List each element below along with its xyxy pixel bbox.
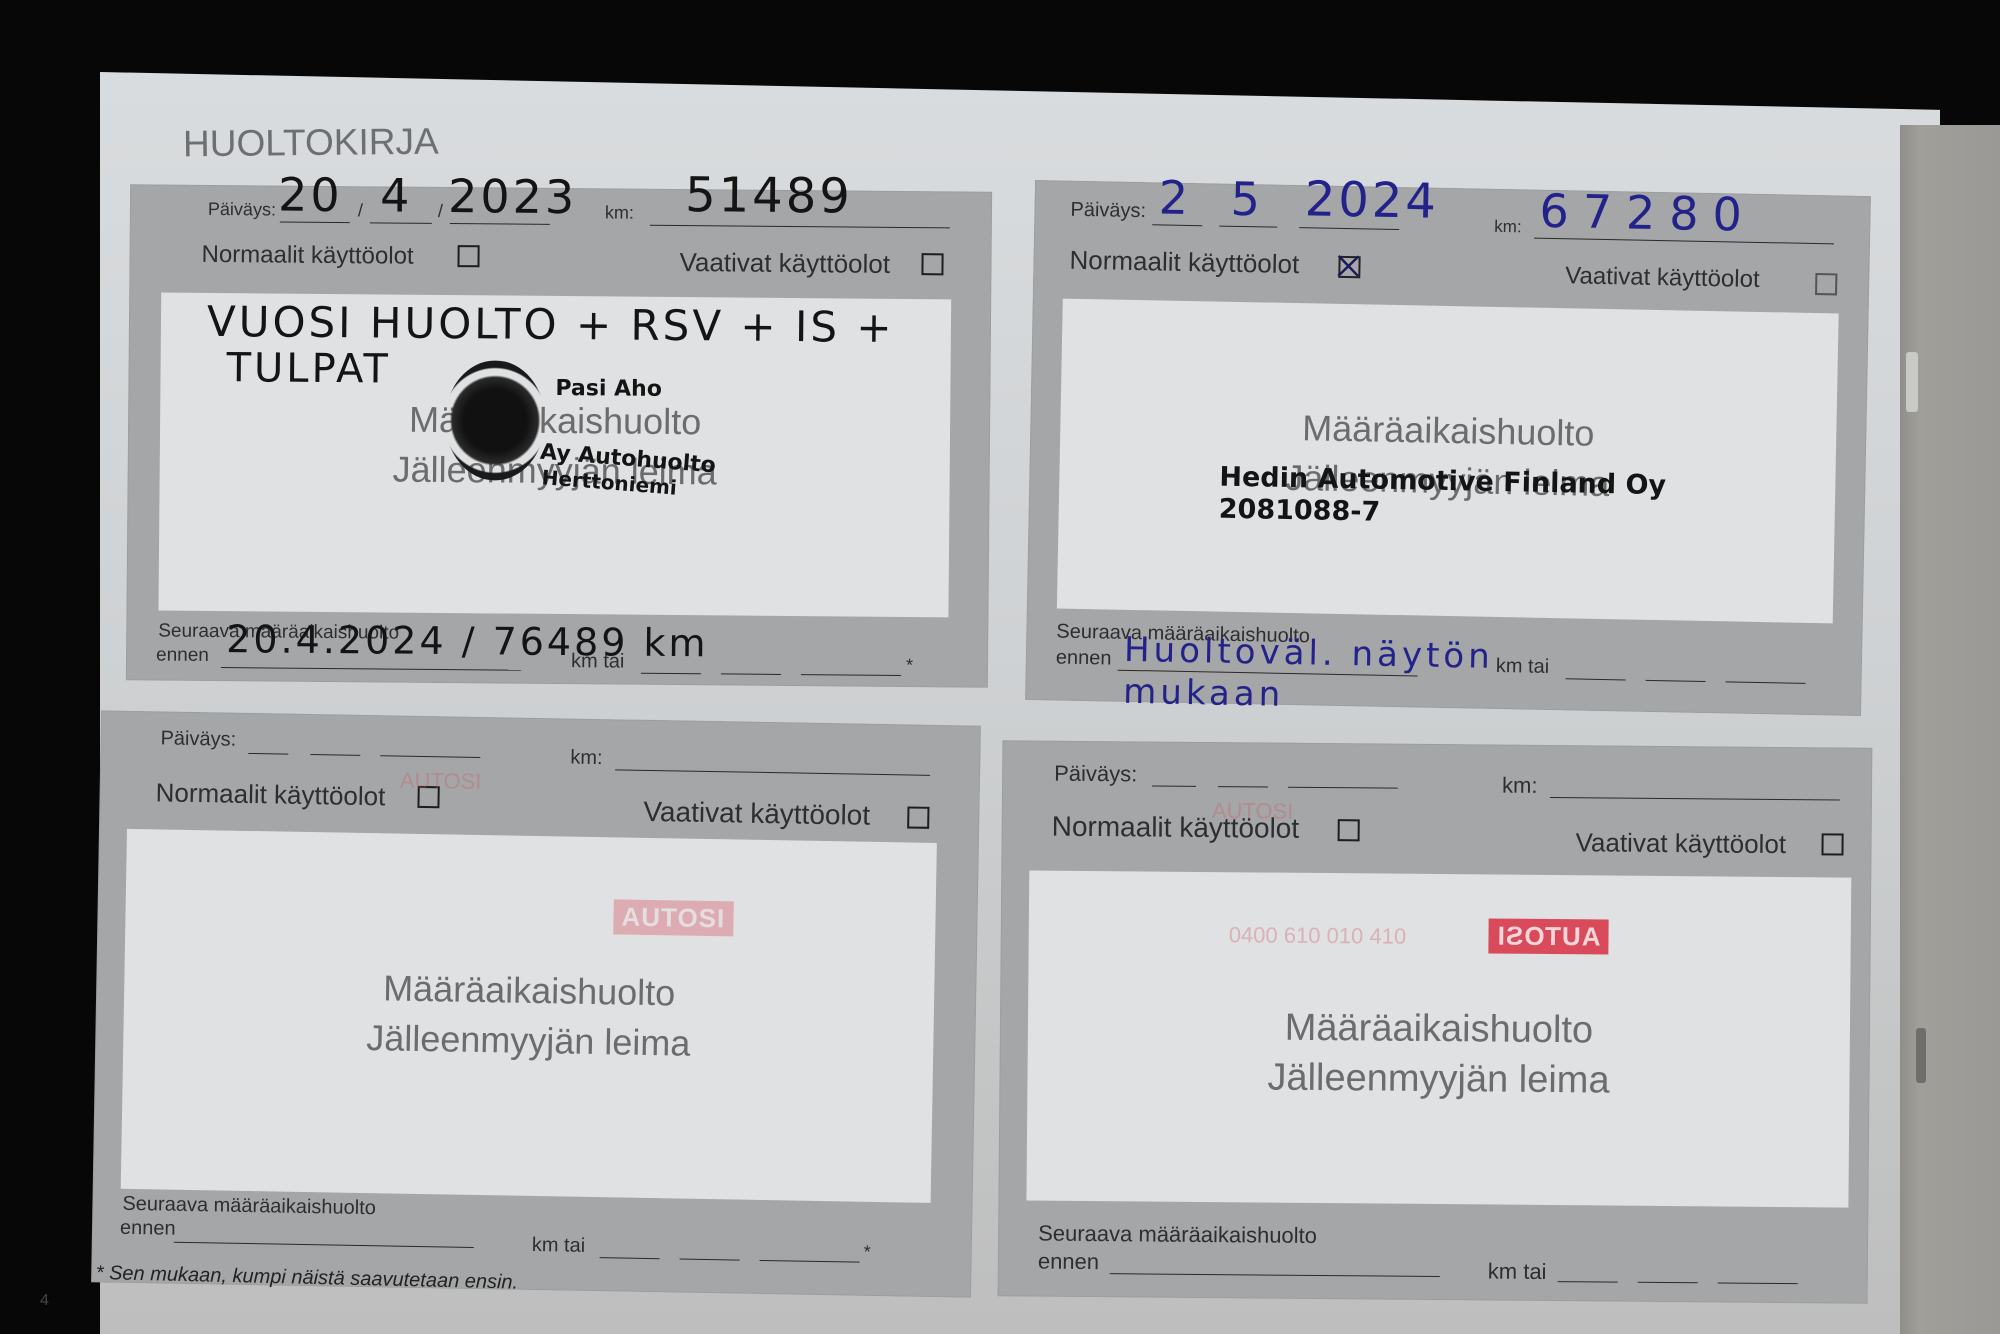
dealer-stamp-line1: Pasi Aho [555,376,662,402]
demanding-conditions-label: Vaativat käyttöolot [679,247,890,280]
demanding-conditions-checkbox[interactable] [1815,273,1837,295]
date-day[interactable]: 20 [278,168,343,223]
demanding-conditions-checkbox[interactable] [921,253,943,275]
demanding-conditions-checkbox[interactable] [1821,833,1843,855]
service-entry-bottom-right: Päiväys: km: Normaalit käyttöolot Vaativ… [998,740,1873,1304]
date-year[interactable]: 2023 [448,169,578,224]
km-label: km: [605,202,634,223]
km-value[interactable]: 67280 [1539,184,1756,242]
red-dealer-stamp: AUTOSI [613,899,733,936]
binding-staple [1916,1028,1926,1083]
km-or-label: km tai [532,1234,586,1258]
dealer-stamp-area: Määräaikaishuolto Jälleenmyyjän leima He… [1057,299,1839,624]
normal-conditions-checkbox[interactable] [1338,256,1360,278]
date-separator: / [438,201,443,222]
stamp-placeholder: Määräaikaishuolto Jälleenmyyjän leima [123,959,935,1073]
service-entry-bottom-left: Päiväys: km: Normaalit käyttöolot Vaativ… [91,710,981,1297]
demanding-conditions-label: Vaativat käyttöolot [1565,262,1760,294]
service-notes-line2[interactable]: TULPAT [226,345,391,392]
asterisk: * [864,1242,871,1263]
dealer-stamp-area: Määräaikaishuolto Jälleenmyyjän leima VU… [158,293,951,618]
before-label: ennen [1038,1249,1099,1276]
km-or-label: km tai [571,650,625,673]
stamp-line2: Jälleenmyyjän leima [1027,1050,1849,1107]
document-title: HUOLTOKIRJA [183,121,439,166]
red-dealer-stamp: AUTOSI [1489,918,1609,954]
km-label: km: [570,747,603,771]
round-dealer-seal [445,360,546,481]
km-label: km: [1494,217,1522,238]
normal-conditions-label: Normaalit käyttöolot [201,241,413,271]
date-separator: / [358,200,363,221]
faint-red-stamp-bleed: 0400 610 010 410 [1229,922,1407,950]
dealer-stamp-area: AUTOSI Määräaikaishuolto Jälleenmyyjän l… [121,829,937,1203]
before-label: ennen [156,644,209,666]
date-day[interactable]: 2 [1158,170,1191,225]
next-service-label: Seuraava määräaikaishuolto [1038,1221,1317,1249]
next-service-before-value[interactable]: 20.4.2024 / 76489 km [226,617,709,665]
km-or-label: km tai [1496,655,1550,679]
dealer-stamp-area: AUTOSI 0400 610 010 410 Määräaikaishuolt… [1026,870,1851,1207]
asterisk: * [906,655,913,676]
date-year[interactable]: 2024 [1304,171,1439,230]
date-month[interactable]: 4 [380,168,413,222]
normal-conditions-checkbox[interactable] [1338,819,1360,841]
normal-conditions-label: Normaalit käyttöolot [155,777,385,812]
checkmark-x-icon [1336,254,1358,276]
before-label: ennen [120,1217,176,1241]
next-page-edge [1900,125,2000,1334]
service-entry-top-left: Päiväys: / / 20 4 2023 km: 51489 Normaal… [126,184,992,688]
binding-staple [1906,352,1918,412]
km-or-label: km tai [1488,1258,1547,1285]
date-label: Päiväys: [1054,761,1137,788]
stamp-line1: Määräaikaishuolto [1028,1000,1850,1057]
demanding-conditions-label: Vaativat käyttöolot [643,796,870,832]
date-label: Päiväys: [1070,199,1146,223]
date-month[interactable]: 5 [1230,172,1263,227]
faint-red-stamp-bleed: AUTOSI [400,768,482,795]
next-service-label: Seuraava määräaikaishuolto [122,1193,376,1220]
demanding-conditions-checkbox[interactable] [907,806,929,828]
stamp-placeholder: Määräaikaishuolto Jälleenmyyjän leima [1027,1000,1850,1107]
dealer-stamp-line2: 2081088-7 [1218,494,1380,528]
demanding-conditions-label: Vaativat käyttöolot [1575,827,1786,860]
km-label: km: [1502,773,1538,799]
next-service-before-value-line2[interactable]: mukaan [1123,672,1285,715]
date-label: Päiväys: [208,199,276,221]
page-number: 4 [40,1292,49,1310]
normal-conditions-checkbox[interactable] [457,245,479,267]
km-value[interactable]: 51489 [685,167,853,224]
service-entry-top-right: Päiväys: 2 5 2024 km: 67280 Normaalit kä… [1025,180,1871,716]
before-label: ennen [1056,647,1112,671]
faint-red-stamp-bleed: AUTOSI [1212,798,1294,825]
next-service-before-value[interactable]: Huoltoväl. näytön [1124,630,1494,677]
date-label: Päiväys: [160,727,236,751]
service-notes-line1[interactable]: VUOSI HUOLTO + RSV + IS + [207,297,895,352]
normal-conditions-label: Normaalit käyttöolot [1069,245,1299,280]
